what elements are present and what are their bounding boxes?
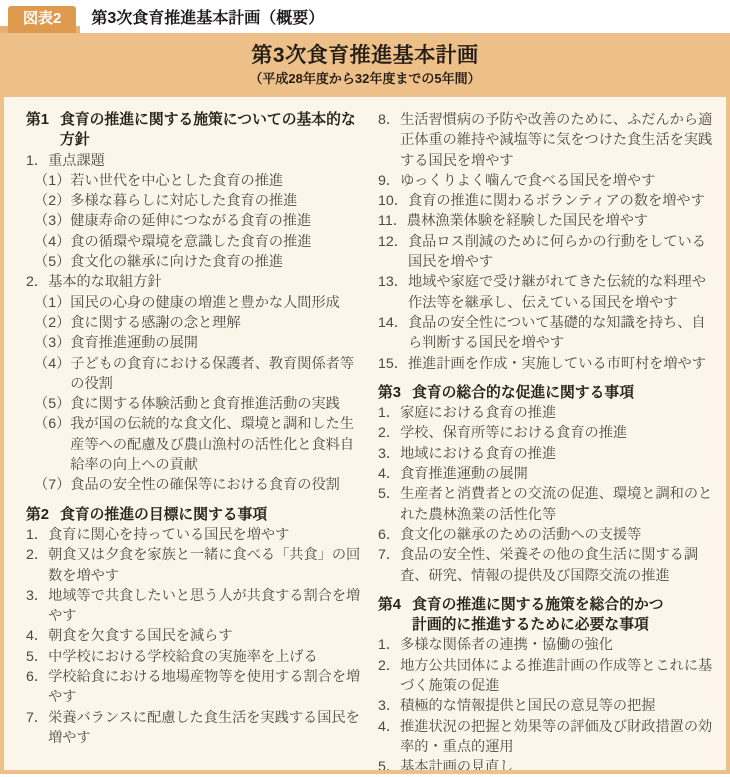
list-item: （4）子どもの食育における保護者、教育関係者等の役割 bbox=[34, 354, 362, 395]
plan-content: 第1食育の推進に関する施策についての基本的な方針1．重点課題（1）若い世代を中心… bbox=[4, 97, 726, 774]
plan-subtitle: （平成28年度から32年度までの5年間） bbox=[4, 69, 726, 88]
item-text: 食に関する感謝の念と理解 bbox=[70, 313, 362, 333]
list-item: 2．学校、保育所等における食育の推進 bbox=[378, 423, 714, 443]
item-text: 重点課題 bbox=[48, 151, 362, 171]
section-number: 第4 bbox=[378, 595, 401, 636]
item-text: 食品の安全性の確保等における食育の役割 bbox=[70, 475, 362, 495]
item-text: 多様な関係者の連携・協働の強化 bbox=[400, 635, 714, 655]
item-text: 朝食又は夕食を家族と一緒に食べる「共食」の回数を増やす bbox=[48, 545, 362, 586]
item-text: 食文化の継承のための活動への支援等 bbox=[400, 525, 714, 545]
item-marker: 15． bbox=[378, 354, 408, 374]
list-item: 1．家庭における食育の推進 bbox=[378, 403, 714, 423]
item-marker: 12． bbox=[378, 232, 408, 273]
item-marker: （6） bbox=[34, 414, 70, 475]
item-text: 朝食を欠食する国民を減らす bbox=[48, 626, 362, 646]
section-number: 第2 bbox=[26, 505, 49, 525]
item-marker: 7． bbox=[378, 545, 400, 586]
list-item: （5）食文化の継承に向けた食育の推進 bbox=[34, 252, 362, 272]
item-text: 家庭における食育の推進 bbox=[400, 403, 714, 423]
list-item: 3．地域における食育の推進 bbox=[378, 444, 714, 464]
list-item: （6）我が国の伝統的な食文化、環境と調和した生産等への配慮及び農山漁村の活性化と… bbox=[34, 414, 362, 475]
section-number: 第3 bbox=[378, 383, 401, 403]
item-text: 食文化の継承に向けた食育の推進 bbox=[70, 252, 362, 272]
item-marker: 5． bbox=[378, 484, 400, 525]
list-item: 2．地方公共団体による推進計画の作成等とこれに基づく施策の促進 bbox=[378, 656, 714, 697]
section-heading: 第2食育の推進の目標に関する事項 bbox=[26, 505, 362, 525]
list-item: （1）国民の心身の健康の増進と豊かな人間形成 bbox=[34, 293, 362, 313]
item-text: 生産者と消費者との交流の促進、環境と調和のとれた農林漁業の活性化等 bbox=[400, 484, 714, 525]
item-marker: 10． bbox=[378, 191, 408, 211]
item-marker: 3． bbox=[378, 696, 400, 716]
column-left: 第1食育の推進に関する施策についての基本的な方針1．重点課題（1）若い世代を中心… bbox=[26, 110, 362, 774]
figure-title: 第3次食育推進基本計画（概要） bbox=[91, 8, 324, 30]
item-text: 地域における食育の推進 bbox=[400, 444, 714, 464]
item-marker: 2． bbox=[378, 656, 400, 697]
item-text: 健康寿命の延伸につながる食育の推進 bbox=[70, 211, 362, 231]
item-marker: （2） bbox=[34, 191, 70, 211]
item-text: 若い世代を中心とした食育の推進 bbox=[70, 171, 362, 191]
item-text: 栄養バランスに配慮した食生活を実践する国民を増やす bbox=[48, 708, 362, 749]
item-text: 農林漁業体験を経験した国民を増やす bbox=[407, 211, 714, 231]
list-item: 6．食文化の継承のための活動への支援等 bbox=[378, 525, 714, 545]
item-marker: 2． bbox=[26, 272, 48, 292]
item-marker: 7． bbox=[26, 708, 48, 749]
plan-title: 第3次食育推進基本計画 bbox=[4, 42, 726, 69]
item-marker: 1． bbox=[26, 151, 48, 171]
item-marker: （5） bbox=[34, 394, 70, 414]
item-marker: （4） bbox=[34, 354, 70, 395]
column-right: 8．生活習慣病の予防や改善のために、ふだんから適正体重の維持や減塩等に気をつけた… bbox=[378, 110, 714, 774]
list-item: 5．中学校における学校給食の実施率を上げる bbox=[26, 647, 362, 667]
item-marker: 5． bbox=[378, 757, 400, 774]
item-marker: 6． bbox=[378, 525, 400, 545]
item-marker: 1． bbox=[378, 403, 400, 423]
list-item: （2）多様な暮らしに対応した食育の推進 bbox=[34, 191, 362, 211]
item-marker: 2． bbox=[26, 545, 48, 586]
item-marker: （7） bbox=[34, 475, 70, 495]
list-item: 2．基本的な取組方針 bbox=[26, 272, 362, 292]
item-marker: 6． bbox=[26, 667, 48, 708]
list-item: 1．多様な関係者の連携・協働の強化 bbox=[378, 635, 714, 655]
item-marker: （1） bbox=[34, 293, 70, 313]
item-marker: 8． bbox=[378, 110, 400, 171]
item-marker: 9． bbox=[378, 171, 400, 191]
item-text: 基本計画の見直し bbox=[400, 757, 714, 774]
item-text: 食品ロス削減のために何らかの行動をしている国民を増やす bbox=[408, 232, 714, 273]
item-marker: 4． bbox=[378, 717, 400, 758]
list-item: （3）健康寿命の延伸につながる食育の推進 bbox=[34, 211, 362, 231]
list-item: （5）食に関する体験活動と食育推進活動の実践 bbox=[34, 394, 362, 414]
item-marker: 4． bbox=[26, 626, 48, 646]
item-marker: 13． bbox=[378, 272, 408, 313]
section-title: 食育の総合的な促進に関する事項 bbox=[412, 383, 714, 403]
item-marker: （3） bbox=[34, 211, 70, 231]
list-item: 8．生活習慣病の予防や改善のために、ふだんから適正体重の維持や減塩等に気をつけた… bbox=[378, 110, 714, 171]
item-text: 食育推進運動の展開 bbox=[70, 333, 362, 353]
list-item: 7．栄養バランスに配慮した食生活を実践する国民を増やす bbox=[26, 708, 362, 749]
item-marker: 14． bbox=[378, 313, 408, 354]
item-marker: 3． bbox=[26, 586, 48, 627]
item-text: 学校給食における地場産物等を使用する割合を増やす bbox=[48, 667, 362, 708]
item-text: 食育推進運動の展開 bbox=[400, 464, 714, 484]
list-item: 5．生産者と消費者との交流の促進、環境と調和のとれた農林漁業の活性化等 bbox=[378, 484, 714, 525]
section-title: 食育の推進に関する施策についての基本的な方針 bbox=[60, 110, 362, 151]
item-text: 食に関する体験活動と食育推進活動の実践 bbox=[70, 394, 362, 414]
item-text: 食の循環や環境を意識した食育の推進 bbox=[70, 232, 362, 252]
item-text: 地域等で共食したいと思う人が共食する割合を増やす bbox=[48, 586, 362, 627]
item-marker: 1． bbox=[378, 635, 400, 655]
list-item: （4）食の循環や環境を意識した食育の推進 bbox=[34, 232, 362, 252]
section-heading: 第1食育の推進に関する施策についての基本的な方針 bbox=[26, 110, 362, 151]
section-heading: 第4食育の推進に関する施策を総合的かつ 計画的に推進するために必要な事項 bbox=[378, 595, 714, 636]
list-item: 3．地域等で共食したいと思う人が共食する割合を増やす bbox=[26, 586, 362, 627]
item-text: 地方公共団体による推進計画の作成等とこれに基づく施策の促進 bbox=[400, 656, 714, 697]
item-text: 地域や家庭で受け継がれてきた伝統的な料理や作法等を継承し、伝えている国民を増やす bbox=[408, 272, 714, 313]
list-item: 6．学校給食における地場産物等を使用する割合を増やす bbox=[26, 667, 362, 708]
list-item: 4．食育推進運動の展開 bbox=[378, 464, 714, 484]
section-heading: 第3食育の総合的な促進に関する事項 bbox=[378, 383, 714, 403]
list-item: 4．朝食を欠食する国民を減らす bbox=[26, 626, 362, 646]
item-marker: 3． bbox=[378, 444, 400, 464]
item-text: 食品の安全性、栄養その他の食生活に関する調査、研究、情報の提供及び国際交流の推進 bbox=[400, 545, 714, 586]
list-item: 4．推進状況の把握と効果等の評価及び財政措置の効率的・重点的運用 bbox=[378, 717, 714, 758]
item-text: 基本的な取組方針 bbox=[48, 272, 362, 292]
item-text: 学校、保育所等における食育の推進 bbox=[400, 423, 714, 443]
item-marker: 11． bbox=[378, 211, 407, 231]
item-marker: （2） bbox=[34, 313, 70, 333]
list-item: 7．食品の安全性、栄養その他の食生活に関する調査、研究、情報の提供及び国際交流の… bbox=[378, 545, 714, 586]
item-text: 生活習慣病の予防や改善のために、ふだんから適正体重の維持や減塩等に気をつけた食生… bbox=[400, 110, 714, 171]
section-number: 第1 bbox=[26, 110, 49, 151]
list-item: 13．地域や家庭で受け継がれてきた伝統的な料理や作法等を継承し、伝えている国民を… bbox=[378, 272, 714, 313]
item-marker: 1． bbox=[26, 525, 48, 545]
item-text: 子どもの食育における保護者、教育関係者等の役割 bbox=[70, 354, 362, 395]
item-text: 積極的な情報提供と国民の意見等の把握 bbox=[400, 696, 714, 716]
list-item: （7）食品の安全性の確保等における食育の役割 bbox=[34, 475, 362, 495]
plan-banner: 第3次食育推進基本計画 （平成28年度から32年度までの5年間） bbox=[4, 33, 726, 97]
list-item: 2．朝食又は夕食を家族と一緒に食べる「共食」の回数を増やす bbox=[26, 545, 362, 586]
item-marker: 2． bbox=[378, 423, 400, 443]
section-title: 食育の推進の目標に関する事項 bbox=[60, 505, 362, 525]
item-text: 我が国の伝統的な食文化、環境と調和した生産等への配慮及び農山漁村の活性化と食料自… bbox=[70, 414, 362, 475]
section-title: 食育の推進に関する施策を総合的かつ 計画的に推進するために必要な事項 bbox=[412, 595, 714, 636]
figure-badge: 図表2 bbox=[8, 6, 76, 33]
item-text: ゆっくりよく噛んで食べる国民を増やす bbox=[400, 171, 714, 191]
list-item: 14．食品の安全性について基礎的な知識を持ち、自ら判断する国民を増やす bbox=[378, 313, 714, 354]
item-text: 多様な暮らしに対応した食育の推進 bbox=[70, 191, 362, 211]
item-marker: （1） bbox=[34, 171, 70, 191]
plan-panel: 第3次食育推進基本計画 （平成28年度から32年度までの5年間） 第1食育の推進… bbox=[0, 33, 730, 774]
item-marker: （4） bbox=[34, 232, 70, 252]
item-text: 推進計画を作成・実施している市町村を増やす bbox=[408, 354, 714, 374]
item-marker: （3） bbox=[34, 333, 70, 353]
list-item: 1．食育に関心を持っている国民を増やす bbox=[26, 525, 362, 545]
item-text: 中学校における学校給食の実施率を上げる bbox=[48, 647, 362, 667]
item-marker: 5． bbox=[26, 647, 48, 667]
list-item: 5．基本計画の見直し bbox=[378, 757, 714, 774]
item-marker: （5） bbox=[34, 252, 70, 272]
list-item: 10．食育の推進に関わるボランティアの数を増やす bbox=[378, 191, 714, 211]
item-text: 食品の安全性について基礎的な知識を持ち、自ら判断する国民を増やす bbox=[408, 313, 714, 354]
figure-header: 図表2 第3次食育推進基本計画（概要） bbox=[0, 0, 730, 33]
list-item: 12．食品ロス削減のために何らかの行動をしている国民を増やす bbox=[378, 232, 714, 273]
list-item: （2）食に関する感謝の念と理解 bbox=[34, 313, 362, 333]
list-item: 1．重点課題 bbox=[26, 151, 362, 171]
list-item: 11．農林漁業体験を経験した国民を増やす bbox=[378, 211, 714, 231]
list-item: 15．推進計画を作成・実施している市町村を増やす bbox=[378, 354, 714, 374]
item-text: 推進状況の把握と効果等の評価及び財政措置の効率的・重点的運用 bbox=[400, 717, 714, 758]
item-text: 食育の推進に関わるボランティアの数を増やす bbox=[408, 191, 714, 211]
list-item: （3）食育推進運動の展開 bbox=[34, 333, 362, 353]
item-text: 食育に関心を持っている国民を増やす bbox=[48, 525, 362, 545]
item-marker: 4． bbox=[378, 464, 400, 484]
item-text: 国民の心身の健康の増進と豊かな人間形成 bbox=[70, 293, 362, 313]
list-item: （1）若い世代を中心とした食育の推進 bbox=[34, 171, 362, 191]
list-item: 9．ゆっくりよく噛んで食べる国民を増やす bbox=[378, 171, 714, 191]
list-item: 3．積極的な情報提供と国民の意見等の把握 bbox=[378, 696, 714, 716]
